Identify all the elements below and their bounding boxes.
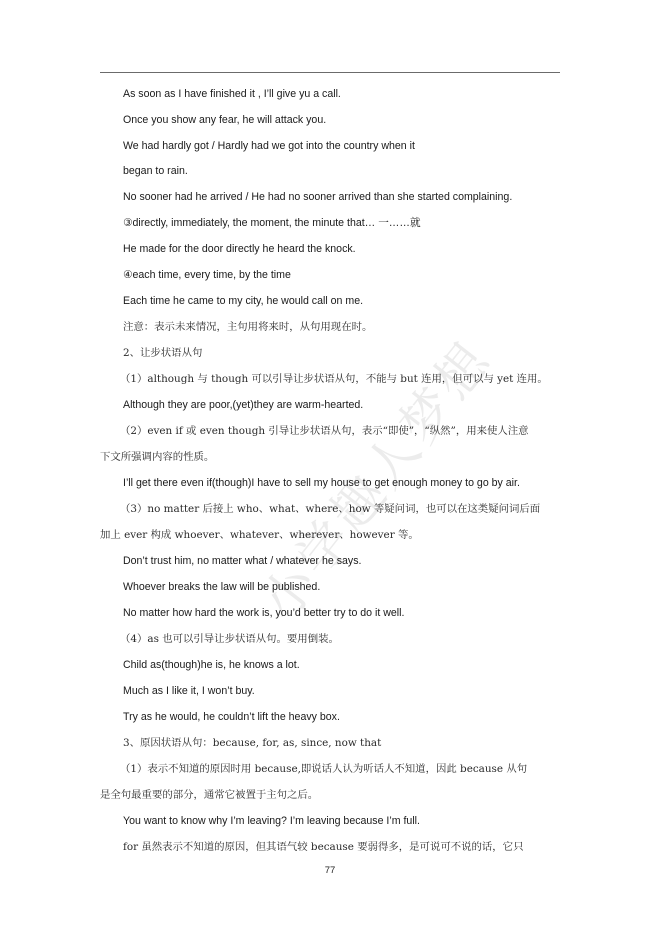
paragraph-2-cont: 下文所强调内容的性质。	[100, 450, 214, 464]
example-line: I’ll get there even if(though)I have to …	[123, 476, 520, 490]
paragraph-2: （2）even if 或 even though 引导让步状语从句，表示“即使”…	[120, 424, 529, 438]
example-line: You want to know why I’m leaving? I’m le…	[123, 814, 420, 828]
example-line: Whoever breaks the law will be published…	[123, 580, 320, 594]
text-line: No sooner had he arrived / He had no soo…	[123, 190, 512, 204]
paragraph-3-cont: 加上 ever 构成 whoever、whatever、wherever、how…	[100, 528, 419, 542]
text-line: began to rain.	[123, 164, 188, 178]
example-line: Try as he would, he couldn’t lift the he…	[123, 710, 340, 724]
header-rule	[100, 72, 560, 73]
text-line: As soon as I have finished it , I’ll giv…	[123, 87, 341, 101]
paragraph-3: （3）no matter 后接上 who、what、where、how 等疑问词…	[120, 502, 540, 516]
example-line: Don’t trust him, no matter what / whatev…	[123, 554, 361, 568]
text-line: Each time he came to my city, he would c…	[123, 294, 363, 308]
paragraph-5: （1）表示不知道的原因时用 because,即说话人认为听话人不知道，因此 be…	[120, 762, 527, 776]
example-line: Much as I like it, I won’t buy.	[123, 684, 255, 698]
list-item-3: ③directly, immediately, the moment, the …	[123, 216, 421, 230]
list-item-4: ④each time, every time, by the time	[123, 268, 291, 282]
text-line: Once you show any fear, he will attack y…	[123, 113, 326, 127]
example-line: Child as(though)he is, he knows a lot.	[123, 658, 300, 672]
section-heading-3: 3、原因状语从句：because, for, as, since, now th…	[123, 736, 381, 750]
watermark: 小学趣人梦想	[215, 330, 455, 590]
page-number: 77	[0, 865, 660, 876]
section-heading-2: 2、让步状语从句	[123, 346, 202, 360]
text-line: We had hardly got / Hardly had we got in…	[123, 139, 415, 153]
paragraph-4: （4）as 也可以引导让步状语从句。要用倒装。	[120, 632, 339, 646]
example-line: No matter how hard the work is, you’d be…	[123, 606, 404, 620]
paragraph-6: for 虽然表示不知道的原因，但其语气较 because 要弱得多，是可说可不说…	[123, 840, 523, 854]
paragraph-1: （1）although 与 though 可以引导让步状语从句，不能与 but …	[120, 372, 548, 386]
paragraph-5-cont: 是全句最重要的部分，通常它被置于主句之后。	[100, 788, 318, 802]
text-line: He made for the door directly he heard t…	[123, 242, 356, 256]
note-line: 注意：表示未来情况，主句用将来时，从句用现在时。	[123, 320, 372, 334]
example-line: Although they are poor,(yet)they are war…	[123, 398, 363, 412]
